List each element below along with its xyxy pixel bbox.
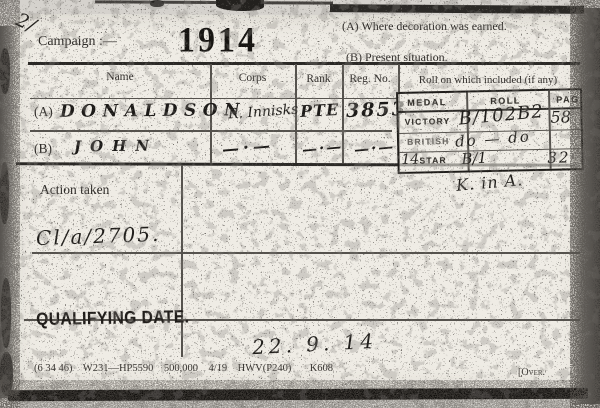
footer-print-codes: (6 34 46) W231—HP5590 500,000 4/19 HWV(P… — [34, 363, 333, 374]
surname-handwritten: DONALDSON — [60, 100, 246, 122]
scan-edge-right — [570, 8, 600, 404]
campaign-year: 1914 — [178, 21, 258, 61]
scanned-medal-card: 2/ Campaign :— 1914 (A) Where decoration… — [0, 0, 600, 408]
rank-handwritten: PTE — [300, 100, 340, 121]
campaign-label: Campaign :— — [38, 34, 117, 50]
vertical-divider-lower — [181, 165, 183, 357]
row-b-label: (B) — [34, 141, 52, 157]
col-header-name: Name — [30, 71, 210, 83]
medal-row-victory-page: 58 — [550, 107, 571, 126]
scan-artifact-top-small — [150, 0, 164, 7]
medal-box-header-page: PAG — [556, 94, 580, 104]
medal-row-star-label: STAR — [419, 155, 447, 166]
action-taken-label: Action taken — [40, 182, 109, 198]
medal-row-star-page: 32 — [547, 148, 570, 166]
scan-blob-left-2 — [0, 162, 9, 224]
medal-row-victory-label: VICTORY — [405, 116, 451, 127]
scan-artifact-top-bar — [330, 4, 584, 14]
rule-mid — [32, 252, 580, 254]
medal-row-british-label: BRITISH — [407, 136, 450, 147]
medal-box-header-medal: MEDAL — [407, 97, 447, 108]
note-where-earned: (A) Where decoration was earned. — [342, 19, 507, 34]
scan-blob-left-3 — [1, 278, 11, 348]
scan-artifact-top-blob — [216, 0, 264, 11]
over-note: [Over. — [518, 367, 545, 378]
medal-row-star-hand-prefix: 14 — [401, 152, 419, 168]
rank-b-dash: —·— — [301, 137, 344, 159]
medal-row-victory-roll: B/102B2 — [458, 101, 545, 130]
action-taken-value: Cl/a/2705. — [36, 222, 161, 250]
rule-top — [28, 62, 580, 65]
col-header-reg-no: Reg. No. — [342, 73, 398, 85]
col-header-corps: Corps — [210, 72, 295, 84]
reg-b-dash: —·— — [353, 137, 396, 159]
medal-roll-box: MEDAL ROLL PAG VICTORY B/102B2 58 BRITIS… — [396, 88, 584, 174]
scan-blob-left-1 — [0, 48, 10, 94]
col-header-rank: Rank — [295, 73, 342, 85]
col-header-roll: Roll on which included (if any) — [398, 74, 578, 86]
forename-handwritten: JOHN — [74, 137, 158, 156]
medal-row-star-roll: B/1 — [461, 149, 488, 168]
row-a-label: (A) — [34, 104, 53, 120]
scan-artifact-bottom-bar — [8, 388, 588, 402]
qualifying-date-label: QUALIFYING DATE. — [36, 307, 190, 330]
scan-artifact-top-thin — [95, 0, 333, 4]
